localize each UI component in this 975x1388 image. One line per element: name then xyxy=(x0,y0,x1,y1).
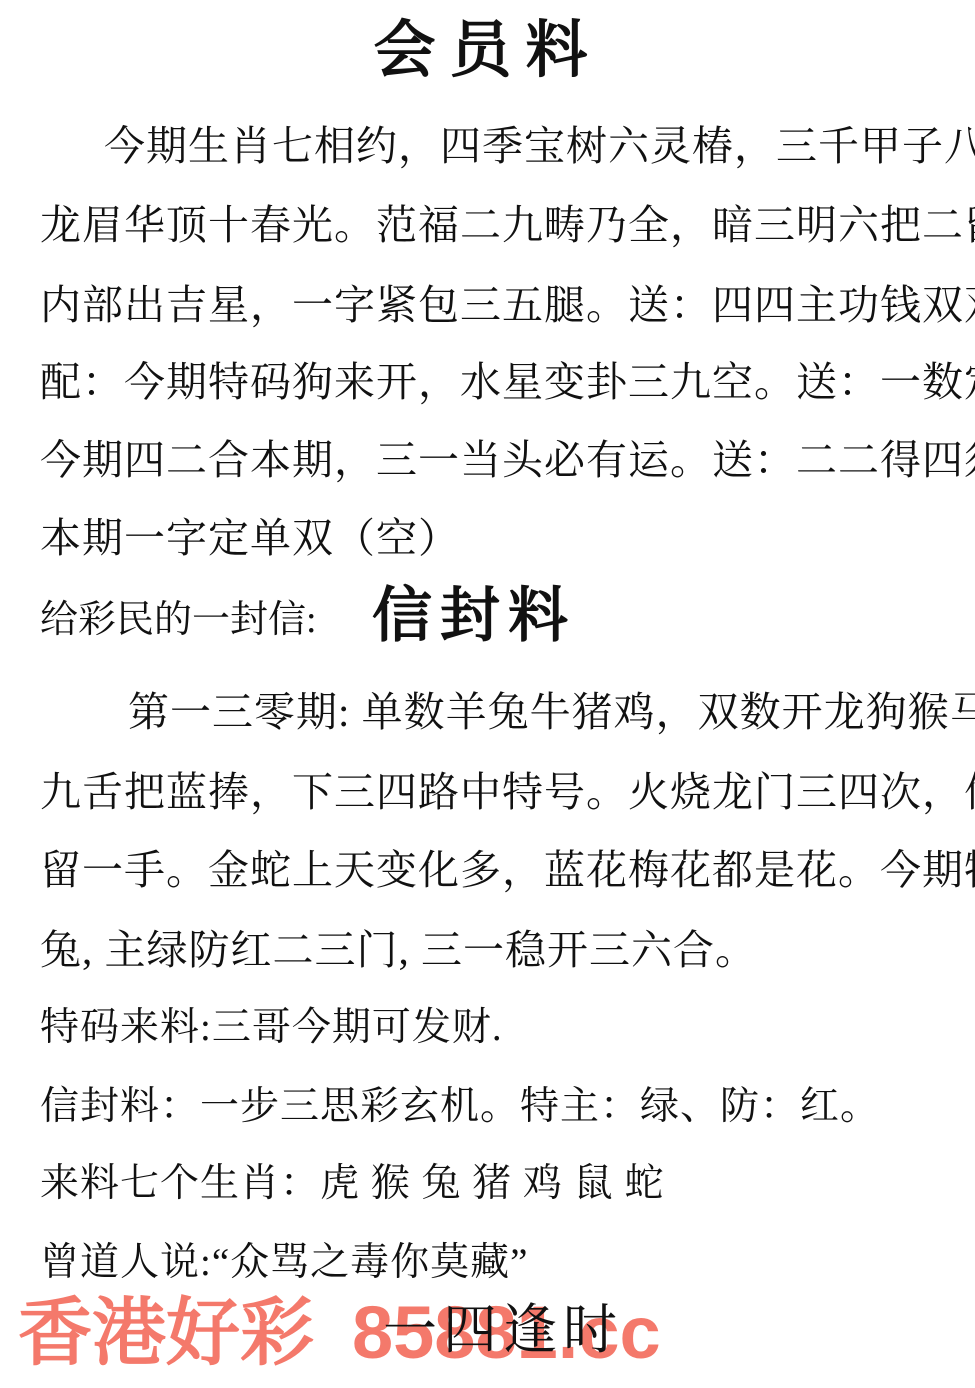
member-line-3: 内部出吉星，一字紧包三五腿。送：四四主功钱双双。 xyxy=(40,283,945,328)
member-line-4: 配：今期特码狗来开，水星变卦三九空。送：一数定九连。 xyxy=(40,360,945,405)
envelope-line-4: 兔, 主绿防红二三门, 三一稳开三六合。 xyxy=(40,928,945,973)
watermark-overlay-text: 一四逢时 xyxy=(383,1303,623,1357)
member-line-6: 本期一字定单双（空） xyxy=(40,516,945,561)
envelope-section-title: 信封料 xyxy=(372,583,576,649)
member-line-5: 今期四二合本期，三一当头必有运。送：二二得四须看紧 xyxy=(40,438,945,483)
envelope-line-2: 九舌把蓝捧，下三四路中特号。火烧龙门三四次，伯乐相马 xyxy=(40,770,945,815)
tip-line-envelope: 信封料：一步三思彩玄机。特主：绿、防：红。 xyxy=(40,1086,945,1129)
document-page: 会员料 今期生肖七相约，四季宝树六灵椿，三千甲子八千寿， 龙眉华顶十春光。范福二… xyxy=(0,0,975,1388)
page-title: 会员料 xyxy=(0,20,975,82)
letter-intro-label: 给彩民的一封信: xyxy=(40,600,317,642)
member-line-1: 今期生肖七相约，四季宝树六灵椿，三千甲子八千寿， xyxy=(104,124,945,169)
envelope-line-1: 第一三零期: 单数羊兔牛猪鸡，双数开龙狗猴马，八嘴 xyxy=(128,690,945,735)
tip-line-special-code: 特码来料:三哥今期可发财. xyxy=(40,1007,945,1050)
tip-line-zodiac: 来料七个生肖：虎 猴 兔 猪 鸡 鼠 蛇 xyxy=(40,1163,945,1206)
watermark-brand: 香港好彩 xyxy=(18,1296,314,1370)
member-line-2: 龙眉华顶十春光。范福二九畴乃全，暗三明六把二留，四九 xyxy=(40,203,945,248)
tip-line-quote: 曾道人说:“众骂之毒你莫藏” xyxy=(40,1242,945,1285)
envelope-line-3: 留一手。金蛇上天变化多，蓝花梅花都是花。今期特码小单 xyxy=(40,848,945,893)
